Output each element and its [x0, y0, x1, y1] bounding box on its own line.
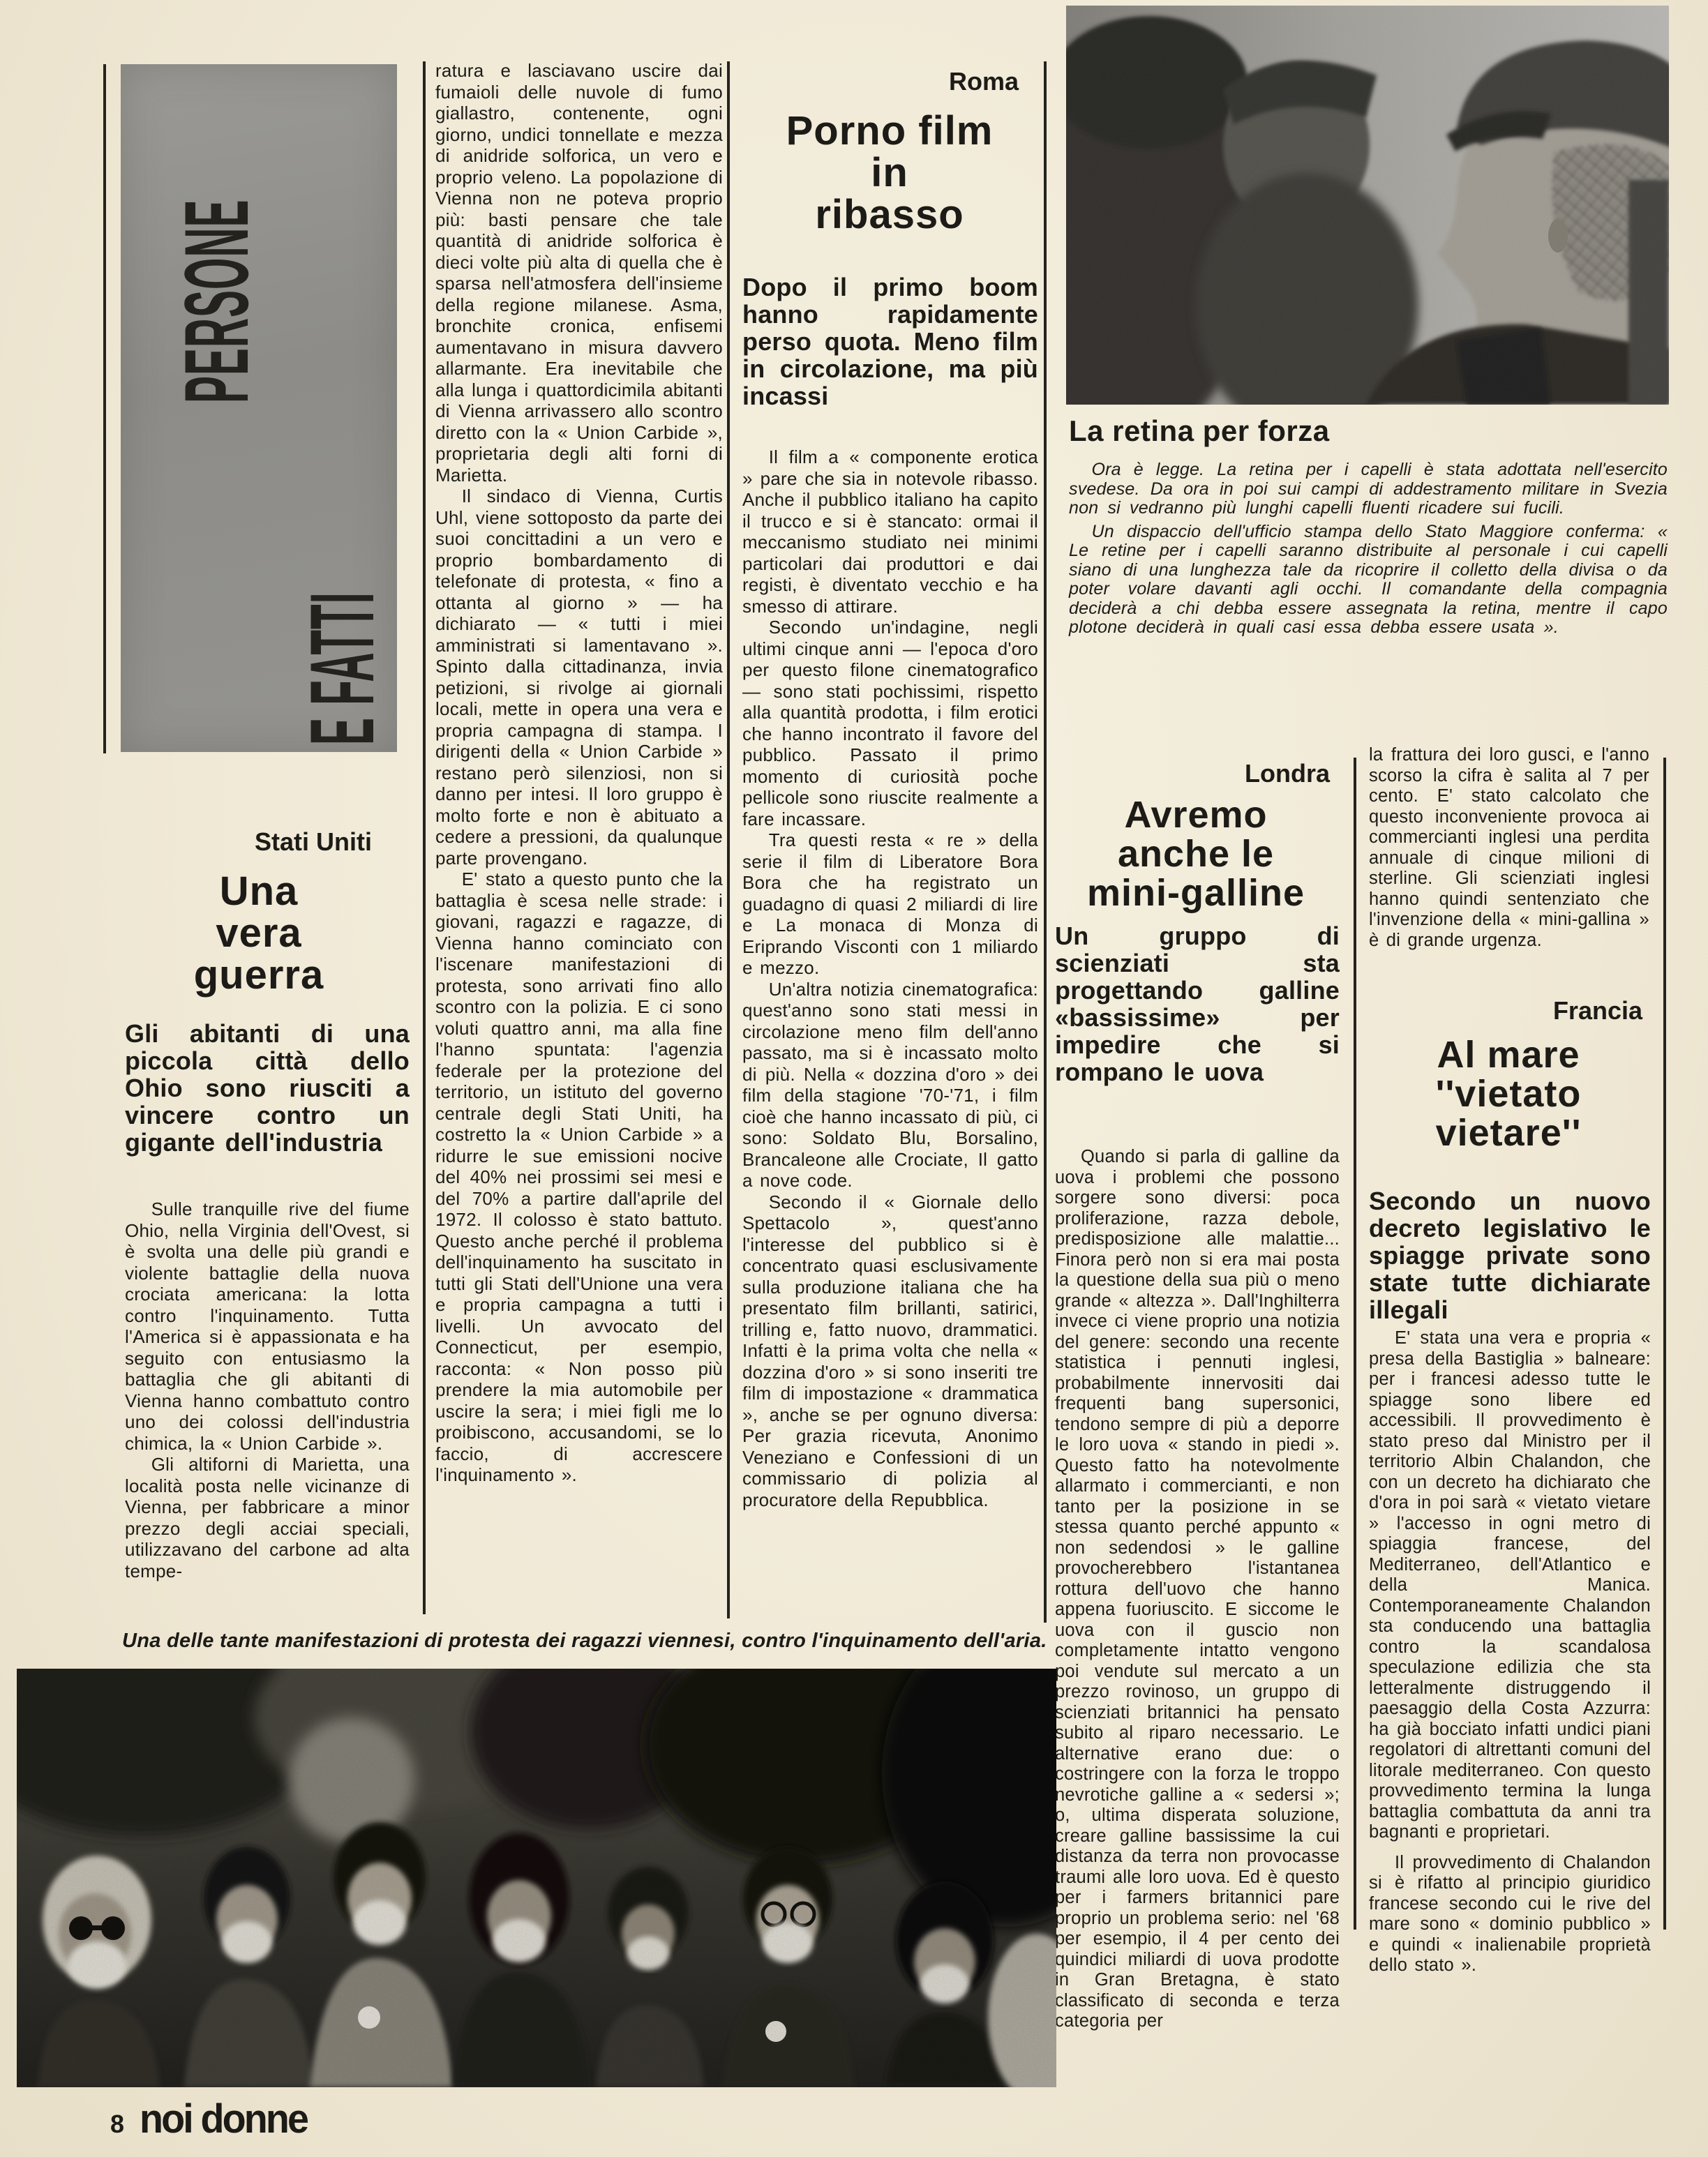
page-number: 8	[110, 2110, 124, 2139]
paragraph: Sulle tranquille rive del fiume Ohio, ne…	[125, 1198, 410, 1454]
page-footer: 8 noi donne	[110, 2096, 314, 2142]
body-usa-col1: Sulle tranquille rive del fiume Ohio, ne…	[125, 1198, 410, 1581]
standfirst-usa: Gli abitanti di una piccola città dello …	[125, 1020, 410, 1156]
paragraph: Ora è legge. La retina per i capelli è s…	[1069, 460, 1668, 518]
paragraph: Secondo un'indagine, negli ultimi cinque…	[742, 617, 1038, 829]
body-francia: E' stata una vera e propria « presa dell…	[1369, 1328, 1651, 1976]
body-londra-col4: Quando si parla di galline da uova i pro…	[1055, 1147, 1340, 2032]
magazine-logo: noi donne	[140, 2096, 307, 2142]
kicker-londra: Londra	[1051, 759, 1330, 788]
soldiers-photo	[1066, 6, 1669, 405]
column-rule-1	[423, 61, 426, 1614]
soldiers-photo-art	[1066, 6, 1669, 405]
paragraph: Il sindaco di Vienna, Curtis Uhl, viene …	[435, 486, 723, 869]
section-banner-text: PERSONE E FATTI	[121, 64, 397, 752]
paragraph: Gli altiforni di Marietta, una località …	[125, 1454, 410, 1581]
body-londra-col5: la frattura dei loro gusci, e l'anno sco…	[1369, 745, 1649, 951]
banner-left-rule	[103, 64, 106, 753]
paragraph: Un dispaccio dell'ufficio stampa dello S…	[1069, 523, 1668, 638]
section-banner: PERSONE E FATTI	[121, 64, 397, 752]
standfirst-roma: Dopo il primo boom hanno rapidamente per…	[742, 273, 1038, 409]
protest-photo	[17, 1669, 1056, 2087]
paragraph: Secondo il « Giornale dello Spettacolo »…	[742, 1192, 1038, 1511]
protest-photo-art	[17, 1669, 1056, 2087]
banner-line-persone: PERSONE	[171, 200, 262, 403]
paragraph: Tra questi resta « re » della serie il f…	[742, 829, 1038, 979]
paragraph: E' stato a questo punto che la battaglia…	[435, 869, 723, 1486]
kicker-francia: Francia	[1369, 996, 1642, 1025]
paragraph: E' stata una vera e propria « presa dell…	[1369, 1328, 1651, 1843]
headline-mini-galline: Avremo anche le mini-galline	[1044, 795, 1348, 912]
paragraph: la frattura dei loro gusci, e l'anno sco…	[1369, 745, 1649, 951]
paragraph: Il film a « componente erotica » pare ch…	[742, 446, 1038, 617]
paragraph: Quando si parla di galline da uova i pro…	[1055, 1147, 1340, 2032]
magazine-page: PERSONE E FATTI Stati Uniti Una vera gue…	[0, 0, 1708, 2157]
headline-al-mare: Al mare ''vietato vietare''	[1361, 1035, 1656, 1152]
standfirst-londra: Un gruppo di scienziati sta progettando …	[1055, 922, 1340, 1085]
headline-porno-film: Porno film in ribasso	[740, 110, 1040, 236]
paragraph: ratura e lasciavano uscire dai fumaioli …	[435, 60, 723, 486]
kicker-roma: Roma	[740, 67, 1019, 96]
body-roma: Il film a « componente erotica » pare ch…	[742, 446, 1038, 1510]
column-rule-4	[1354, 758, 1356, 1930]
headline-una-vera-guerra: Una vera guerra	[121, 871, 397, 996]
banner-line-e-fatti: E FATTI	[297, 592, 387, 745]
headline-la-retina-per-forza: La retina per forza	[1069, 414, 1669, 448]
body-usa-col2: ratura e lasciavano uscire dai fumaioli …	[435, 60, 723, 1486]
column-rule-5	[1663, 758, 1666, 1930]
kicker-stati-uniti: Stati Uniti	[121, 827, 372, 857]
photo-caption: Una delle tante manifestazioni di protes…	[122, 1630, 1050, 1653]
paragraph: Un'altra notizia cinematografica: quest'…	[742, 979, 1038, 1192]
body-retina: Ora è legge. La retina per i capelli è s…	[1069, 460, 1668, 638]
paragraph: Il provvedimento di Chalandon si è rifat…	[1369, 1853, 1651, 1976]
standfirst-francia: Secondo un nuovo decreto legislativo le …	[1369, 1187, 1651, 1323]
column-rule-2	[727, 61, 730, 1618]
